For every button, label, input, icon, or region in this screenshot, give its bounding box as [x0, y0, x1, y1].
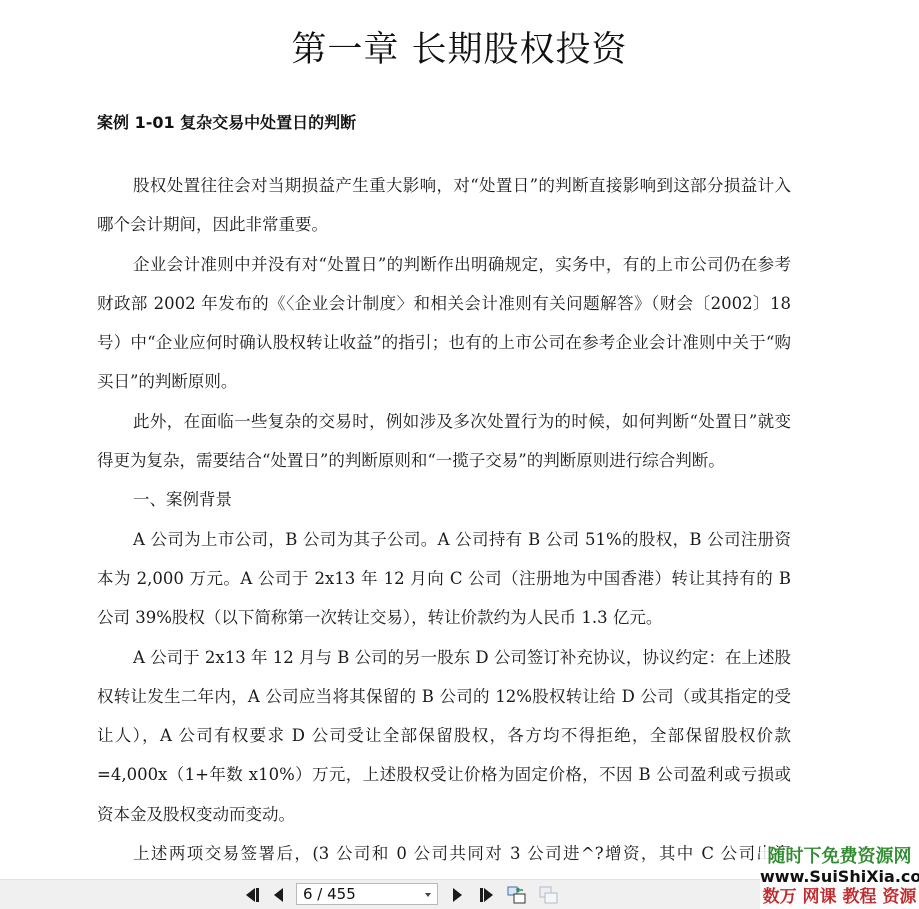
watermark-line-2: www.SuiShiXia.com — [760, 867, 919, 887]
previous-page-button[interactable] — [270, 885, 286, 905]
chevron-down-icon — [425, 893, 431, 897]
window-arrow-button[interactable] — [506, 885, 528, 905]
first-page-icon — [246, 888, 259, 902]
watermark: 随时下免费资源网 www.SuiShiXia.com 数万 网课 教程 资源 — [760, 847, 919, 909]
next-page-icon — [453, 888, 462, 902]
watermark-line-3: 数万 网课 教程 资源 — [760, 887, 919, 907]
window-copy-button[interactable] — [538, 885, 560, 905]
first-page-button[interactable] — [242, 885, 262, 905]
last-page-button[interactable] — [476, 885, 496, 905]
previous-page-icon — [274, 888, 283, 902]
paragraph: A 公司于 2x13 年 12 月与 B 公司的另一股东 D 公司签订补充协议，… — [97, 638, 791, 834]
section-heading: 一、案例背景 — [97, 480, 791, 519]
document-page: 第一章 长期股权投资 案例 1-01 复杂交易中处置日的判断 股权处置往往会对当… — [0, 0, 919, 909]
last-page-icon — [480, 888, 493, 902]
document-body: 股权处置往往会对当期损益产生重大影响，对“处置日”的判断直接影响到这部分损益计入… — [97, 166, 791, 909]
paragraph: A 公司为上市公司，B 公司为其子公司。A 公司持有 B 公司 51%的股权，B… — [97, 520, 791, 638]
chapter-title: 第一章 长期股权投资 — [0, 22, 919, 72]
page-indicator: 6 / 455 — [303, 885, 356, 903]
page-number-select[interactable]: 6 / 455 — [296, 883, 438, 905]
next-page-button[interactable] — [449, 885, 465, 905]
watermark-line-1: 随时下免费资源网 — [760, 847, 919, 867]
case-title: 案例 1-01 复杂交易中处置日的判断 — [97, 110, 356, 133]
window-copy-icon — [539, 885, 559, 905]
paragraph: 股权处置往往会对当期损益产生重大影响，对“处置日”的判断直接影响到这部分损益计入… — [97, 166, 791, 245]
paragraph: 此外，在面临一些复杂的交易时，例如涉及多次处置行为的时候，如何判断“处置日”就变… — [97, 402, 791, 481]
window-arrow-icon — [507, 885, 527, 905]
paragraph: 企业会计准则中并没有对“处置日”的判断作出明确规定，实务中，有的上市公司仍在参考… — [97, 245, 791, 402]
